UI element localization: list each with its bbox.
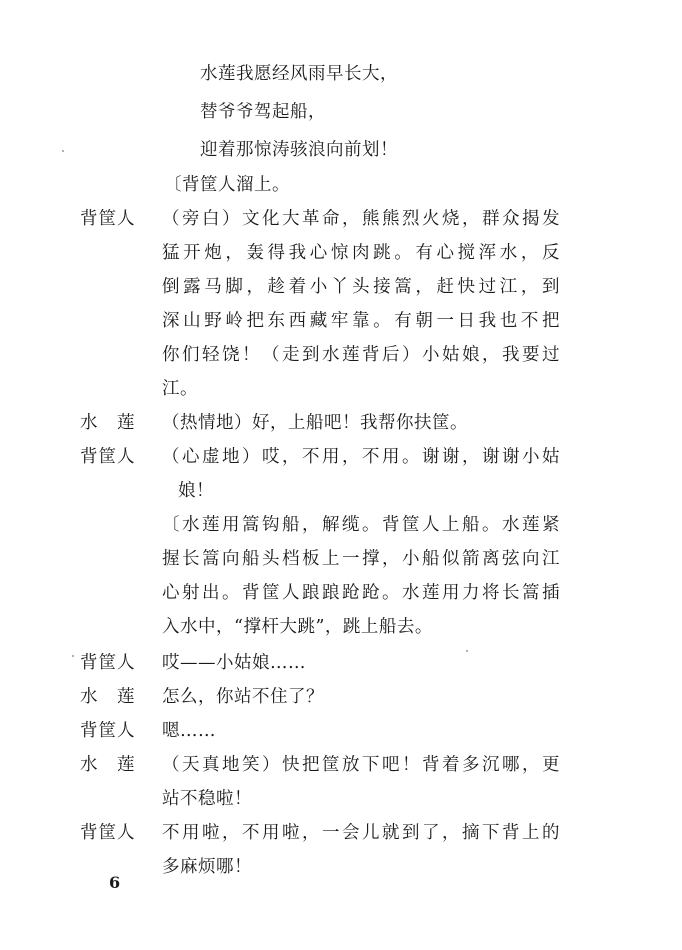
dialogue-line: 多麻烦哪！	[162, 856, 252, 878]
dialogue-line: 不用啦，不用啦，一会儿就到了，摘下背上的	[162, 822, 560, 844]
speaker-name: 水 莲	[80, 412, 144, 434]
stage-direction-line: 心射出。背筐人踉踉跄跄。水莲用力将长篙插	[162, 582, 560, 604]
dialogue-line: 嗯……	[162, 720, 216, 742]
dialogue-line: 哎——小姑娘……	[162, 652, 306, 674]
dialogue-line: （天真地笑）快把筐放下吧！背着多沉哪，更	[162, 754, 560, 776]
scan-speck	[466, 650, 468, 652]
dialogue-line: （心虚地）哎，不用，不用。谢谢，谢谢小姑	[162, 446, 560, 468]
stage-direction-line: 握长篙向船头档板上一撑，小船似箭离弦向江	[162, 548, 560, 570]
dialogue-line: 深山野岭把东西藏牢靠。有朝一日我也不把	[162, 310, 560, 332]
stage-direction-line: 〔水莲用篙钩船，解缆。背筐人上船。水莲紧	[162, 514, 560, 536]
dialogue-line: 怎么，你站不住了？	[162, 686, 324, 708]
dialogue-line: 江。	[162, 378, 198, 400]
page-number: 6	[109, 873, 120, 892]
dialogue-line: （旁白）文化大革命，熊熊烈火烧，群众揭发	[162, 208, 560, 230]
dialogue-line: （热情地）好，上船吧！我帮你扶筐。	[162, 412, 468, 434]
dialogue-line: 猛开炮，轰得我心惊肉跳。有心搅浑水，反	[162, 242, 560, 264]
speaker-name: 背筐人	[80, 208, 144, 230]
speaker-name: 背筐人	[80, 446, 144, 468]
speaker-name: 背筐人	[80, 822, 144, 844]
song-line: 水莲我愿经风雨早长大，	[200, 63, 398, 85]
dialogue-line: 娘！	[178, 480, 214, 502]
speaker-name: 水 莲	[80, 686, 144, 708]
speaker-name: 背筐人	[80, 652, 144, 674]
stage-direction: 〔背筐人溜上。	[164, 174, 290, 196]
speaker-name: 水 莲	[80, 754, 144, 776]
dialogue-line: 站不稳啦！	[162, 788, 252, 810]
speaker-name: 背筐人	[80, 720, 144, 742]
stage-direction-line: 入水中，“撑杆大跳”，跳上船去。	[162, 616, 433, 638]
song-line: 替爷爷驾起船，	[200, 101, 326, 123]
scan-speck	[62, 150, 64, 152]
scan-speck	[72, 655, 74, 657]
dialogue-line: 你们轻饶！（走到水莲背后）小姑娘，我要过	[162, 344, 560, 366]
song-line: 迎着那惊涛骇浪向前划！	[200, 139, 398, 161]
dialogue-line: 倒露马脚，趁着小丫头接篙，赶快过江，到	[162, 276, 560, 298]
